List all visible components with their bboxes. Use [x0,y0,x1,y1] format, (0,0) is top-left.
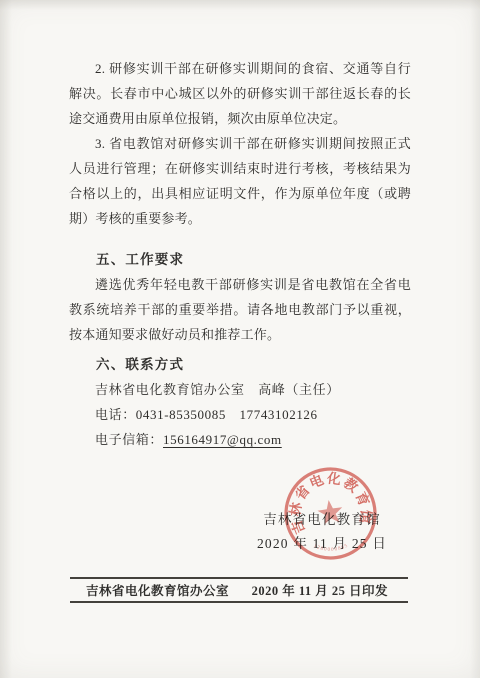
contact-office-line: 吉林省电化教育馆办公室 高峰（主任） [69,377,411,402]
contact-phone-line: 电话：0431-85350085 17743102126 [69,402,411,427]
contact-email-line: 电子信箱：156164917@qq.com [69,427,411,452]
paragraph-item-2: 2. 研修实训干部在研修实训期间的食宿、交通等自行解决。长春市中心城区以外的研修… [69,56,411,131]
seal-star-icon [316,498,344,525]
paragraph-work-requirements: 遴选优秀年轻电教干部研修实训是省电教馆在全省电教系统培养干部的重要举措。请各地电… [69,272,411,347]
paragraph-item-3: 3. 省电教馆对研修实训干部在研修实训期间按照正式人员进行管理；在研修实训结束时… [69,131,411,231]
footer-issuing-office: 吉林省电化教育馆办公室 [86,581,229,599]
footer-print-date: 2020 年 11 月 25 日印发 [252,581,388,599]
document-body: 2. 研修实训干部在研修实训期间的食宿、交通等自行解决。长春市中心城区以外的研修… [69,56,411,452]
scanned-document-page: 2. 研修实训干部在研修实训期间的食宿、交通等自行解决。长春市中心城区以外的研修… [0,0,480,678]
official-seal: 吉林省电化教育馆 1280000885 [276,459,386,569]
email-address: 156164917@qq.com [163,432,282,447]
section-heading-work-requirements: 五、工作要求 [69,247,411,272]
seal-serial-text: 1280000885 [312,539,350,556]
section-heading-contact: 六、联系方式 [69,352,411,377]
print-issuance-footer: 吉林省电化教育馆办公室 2020 年 11 月 25 日印发 [70,577,408,603]
email-label: 电子信箱： [95,432,163,447]
